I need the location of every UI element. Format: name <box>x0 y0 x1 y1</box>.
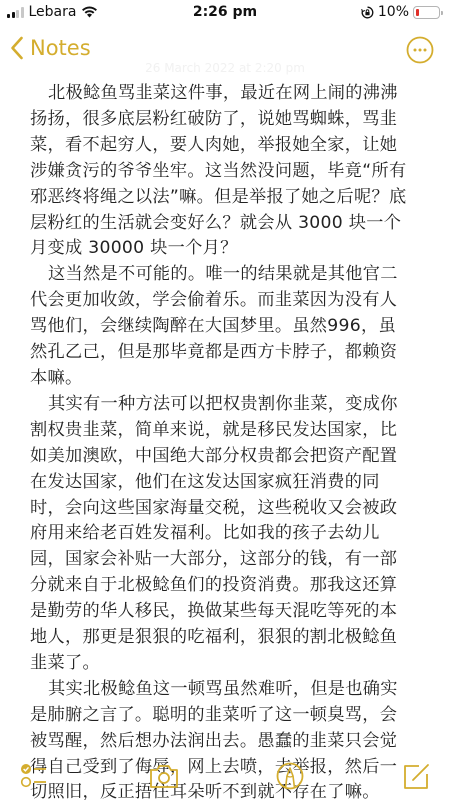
status-bar: Lebara 2:26 pm 10% <box>0 0 450 26</box>
note-paragraph: 北极鲶鱼骂韭菜这件事，最近在网上闹的沸沸扬扬，很多底层粉红破防了，说她骂蜘蛛，骂… <box>30 81 408 262</box>
ellipsis-circle-icon[interactable] <box>406 36 434 64</box>
bottom-toolbar <box>0 755 450 800</box>
battery-percent: 10% <box>378 4 409 20</box>
note-paragraph: 这当然是不可能的。唯一的结果就是其他官二代会更加收敛，学会偷着乐。而韭菜因为没有… <box>30 262 408 392</box>
note-paragraph: 其实有一种方法可以把权贵割你韭菜，变成你割权贵韭菜，简单来说，就是移民发达国家，… <box>30 392 408 677</box>
markup-pen-icon[interactable] <box>273 759 307 793</box>
note-date: 26 March 2022 at 2:20 pm <box>0 61 450 75</box>
status-right: 10% <box>361 4 440 20</box>
compose-icon[interactable] <box>399 759 433 793</box>
chevron-left-icon <box>10 36 24 60</box>
camera-icon[interactable] <box>147 759 181 793</box>
orientation-lock-icon <box>361 6 374 19</box>
note-body[interactable]: 北极鲶鱼骂韭菜这件事，最近在网上闹的沸沸扬扬，很多底层粉红破防了，说她骂蜘蛛，骂… <box>30 81 408 800</box>
battery-icon <box>413 6 440 19</box>
back-label: Notes <box>30 36 91 60</box>
checklist-icon[interactable] <box>18 759 52 793</box>
back-button[interactable]: Notes <box>10 36 91 60</box>
